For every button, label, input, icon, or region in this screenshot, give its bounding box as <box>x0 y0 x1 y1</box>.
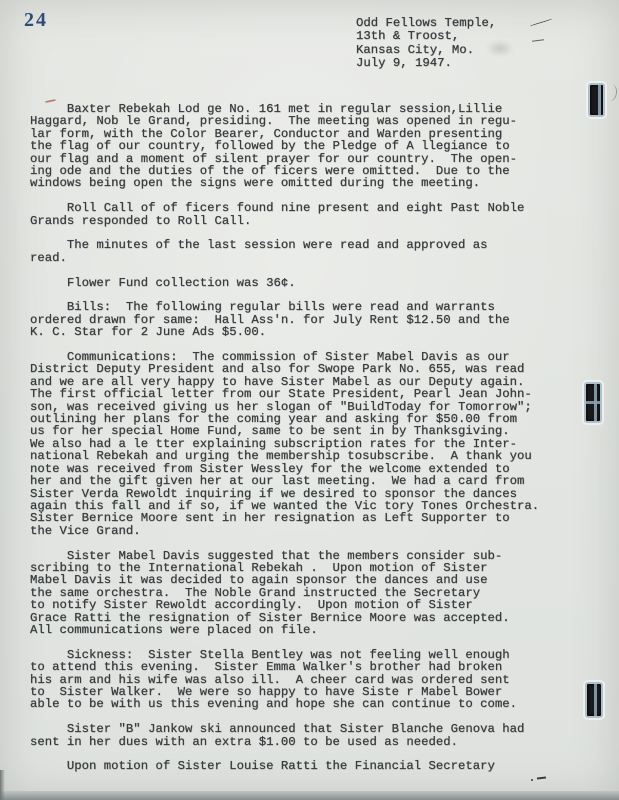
scan-edge-left <box>0 770 5 800</box>
paragraph-motions: Sister Mabel Davis suggested that the me… <box>30 550 605 637</box>
paragraph-roll-call: Roll Call of of ficers found nine presen… <box>30 202 605 227</box>
paragraph-dues: Sister "B" Jankow ski announced that Sis… <box>30 723 605 748</box>
paragraph-flower-fund: Flower Fund collection was 36¢. <box>30 277 605 289</box>
pen-mark-bottom <box>537 777 546 780</box>
paper-smudge <box>486 40 514 57</box>
document-page: 24 Odd Fellows Temple, 13th & Troost, Ka… <box>0 0 619 800</box>
paragraph-sickness: Sickness: Sister Stella Bentley was not … <box>30 649 605 711</box>
paragraph-communications: Communications: The commission of Sister… <box>30 351 605 537</box>
paragraph-financial: Upon motion of Sister Louise Ratti the F… <box>30 760 605 772</box>
binding-post-bottom <box>585 682 603 718</box>
binding-post-middle <box>584 382 602 423</box>
page-number: 24 <box>24 9 48 32</box>
pen-curve-right <box>603 83 618 102</box>
pen-dash-header <box>532 39 544 41</box>
scan-edge-bottom <box>0 791 619 800</box>
meeting-minutes-body: Baxter Rebekah Lod ge No. 161 met in reg… <box>30 103 605 773</box>
pen-dot-bottom <box>531 779 533 781</box>
pen-stroke-header <box>529 19 552 27</box>
binding-post-top <box>588 83 605 117</box>
paragraph-bills: Bills: The following regular bills were … <box>30 301 605 338</box>
letterhead-address-date: Odd Fellows Temple, 13th & Troost, Kansa… <box>356 17 496 71</box>
paragraph-opening: Baxter Rebekah Lod ge No. 161 met in reg… <box>30 103 605 190</box>
paragraph-minutes: The minutes of the last session were rea… <box>30 239 605 264</box>
